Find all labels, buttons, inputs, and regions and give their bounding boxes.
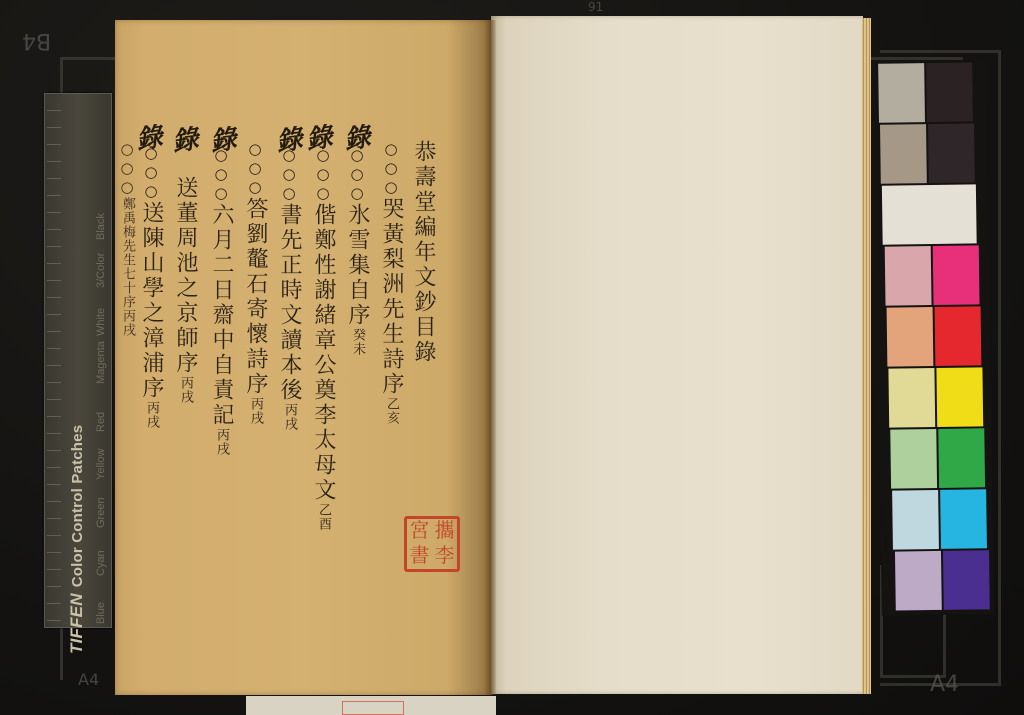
color-patch-7-left bbox=[890, 429, 937, 489]
emphasis-circles: ○○○ bbox=[382, 140, 400, 197]
toc-title: 恭壽堂編年文鈔目錄 bbox=[412, 140, 434, 365]
color-patch-6-left bbox=[888, 368, 935, 428]
emphasis-circles: ○○○ bbox=[246, 140, 264, 197]
entry-title: 書先正時文讀本後 bbox=[277, 203, 302, 403]
color-patch-9-right bbox=[943, 550, 990, 610]
seal-char: 宮 bbox=[407, 519, 432, 544]
entry-title: 氷雪集自序 bbox=[345, 203, 370, 328]
emphasis-circles: ○○○ bbox=[142, 144, 160, 201]
tiffen-brand: TIFFEN bbox=[67, 593, 86, 654]
emphasis-circles: ○○○ bbox=[348, 146, 366, 203]
color-label: 3/Color bbox=[95, 240, 107, 288]
color-patch-1-left bbox=[878, 63, 925, 123]
slip-stamp bbox=[342, 701, 404, 715]
entry-title: 送陳山學之漳浦序 bbox=[139, 201, 164, 401]
lu-selection-mark: 錄 bbox=[170, 118, 201, 158]
toc-entry-7: 送董周池之京師序丙戌 bbox=[174, 176, 196, 404]
entry-date: 丙戌 bbox=[178, 376, 193, 404]
tiffen-color-control-strip: TIFFENColor Control Patches BlueCyanGree… bbox=[44, 93, 112, 628]
a4-marker-left: A4 bbox=[78, 670, 99, 689]
color-label: Green bbox=[95, 480, 107, 528]
color-label: Yellow bbox=[95, 432, 107, 480]
strip-title: TIFFENColor Control Patches bbox=[67, 425, 87, 654]
book-gutter bbox=[484, 20, 496, 695]
entry-title: 哭黃梨洲先生詩序 bbox=[379, 197, 404, 397]
entry-title: 鄭禹梅先生七十序 bbox=[120, 197, 135, 309]
color-label: Cyan bbox=[95, 528, 107, 576]
color-patch-5-left bbox=[886, 307, 933, 367]
toc-entry-3: ○○○偕鄭性謝緒章公奠李太母文乙酉 bbox=[312, 146, 334, 531]
emphasis-circles: ○○○ bbox=[314, 146, 332, 203]
toc-entry-8: ○○○送陳山學之漳浦序丙戌 bbox=[140, 144, 162, 429]
emphasis-circles: ○○○ bbox=[212, 146, 230, 203]
right-page-blank bbox=[491, 16, 863, 694]
color-patch-3-full bbox=[882, 184, 977, 244]
color-label: Red bbox=[95, 384, 107, 432]
a4-marker: A4 bbox=[930, 672, 959, 697]
color-label: Blue bbox=[95, 576, 107, 624]
toc-entry-5: ○○○答劉鼇石寄懷詩序丙戌 bbox=[244, 140, 266, 425]
toc-entry-9: ○○○鄭禹梅先生七十序丙戌 bbox=[119, 140, 134, 337]
entry-date: 乙酉 bbox=[316, 503, 331, 531]
color-label: Magenta bbox=[95, 336, 107, 384]
toc-entry-2: ○○○氷雪集自序癸未 bbox=[346, 146, 368, 356]
toc-entry-4: ○○○書先正時文讀本後丙戌 bbox=[278, 146, 300, 431]
color-patch-2-right bbox=[928, 123, 975, 183]
color-patch-6-right bbox=[936, 367, 983, 427]
color-patch-9-left bbox=[895, 551, 942, 611]
color-label: White bbox=[95, 288, 107, 336]
seal-char: 書 bbox=[407, 544, 432, 569]
entry-date: 丙戌 bbox=[144, 401, 159, 429]
color-patch-4-left bbox=[884, 246, 931, 306]
entry-title: 答劉鼇石寄懷詩序 bbox=[243, 197, 268, 397]
color-label: Black bbox=[95, 192, 107, 240]
entry-date: 癸未 bbox=[350, 328, 365, 356]
ruler-ticks bbox=[47, 94, 61, 627]
bottom-paper-slip bbox=[246, 696, 496, 715]
color-patch-8-left bbox=[893, 490, 940, 550]
entry-title: 偕鄭性謝緒章公奠李太母文 bbox=[311, 203, 336, 503]
b4-marker: B4 bbox=[22, 28, 51, 53]
emphasis-circles: ○○○ bbox=[280, 146, 298, 203]
color-patch-chart bbox=[874, 61, 994, 616]
seal-char: 李 bbox=[432, 544, 457, 569]
red-collector-seal: 宮 攜 書 李 bbox=[404, 516, 460, 572]
top-marker: 91 bbox=[588, 0, 603, 14]
color-patch-2-left bbox=[880, 124, 927, 184]
entry-title: 六月二日齋中自責記 bbox=[209, 203, 234, 428]
toc-entry-6: ○○○六月二日齋中自責記丙戌 bbox=[210, 146, 232, 456]
entry-date: 乙亥 bbox=[384, 397, 399, 425]
entry-date: 丙戌 bbox=[282, 403, 297, 431]
entry-date: 丙戌 bbox=[248, 397, 263, 425]
color-patch-1-right bbox=[926, 62, 973, 122]
entry-title: 送董周池之京師序 bbox=[173, 176, 198, 376]
seal-char: 攜 bbox=[432, 519, 457, 544]
book-fore-edge bbox=[862, 18, 871, 694]
strip-title-text: Color Control Patches bbox=[69, 425, 86, 588]
color-patch-5-right bbox=[934, 306, 981, 366]
color-labels: BlueCyanGreenYellowRedMagentaWhite3/Colo… bbox=[95, 192, 107, 624]
entry-date: 丙戌 bbox=[214, 428, 229, 456]
toc-entry-1: ○○○哭黃梨洲先生詩序乙亥 bbox=[380, 140, 402, 425]
entry-date: 丙戌 bbox=[120, 309, 135, 337]
color-patch-4-right bbox=[932, 245, 979, 305]
color-patch-8-right bbox=[941, 489, 988, 549]
color-patch-7-right bbox=[938, 428, 985, 488]
emphasis-circles: ○○○ bbox=[118, 140, 136, 197]
